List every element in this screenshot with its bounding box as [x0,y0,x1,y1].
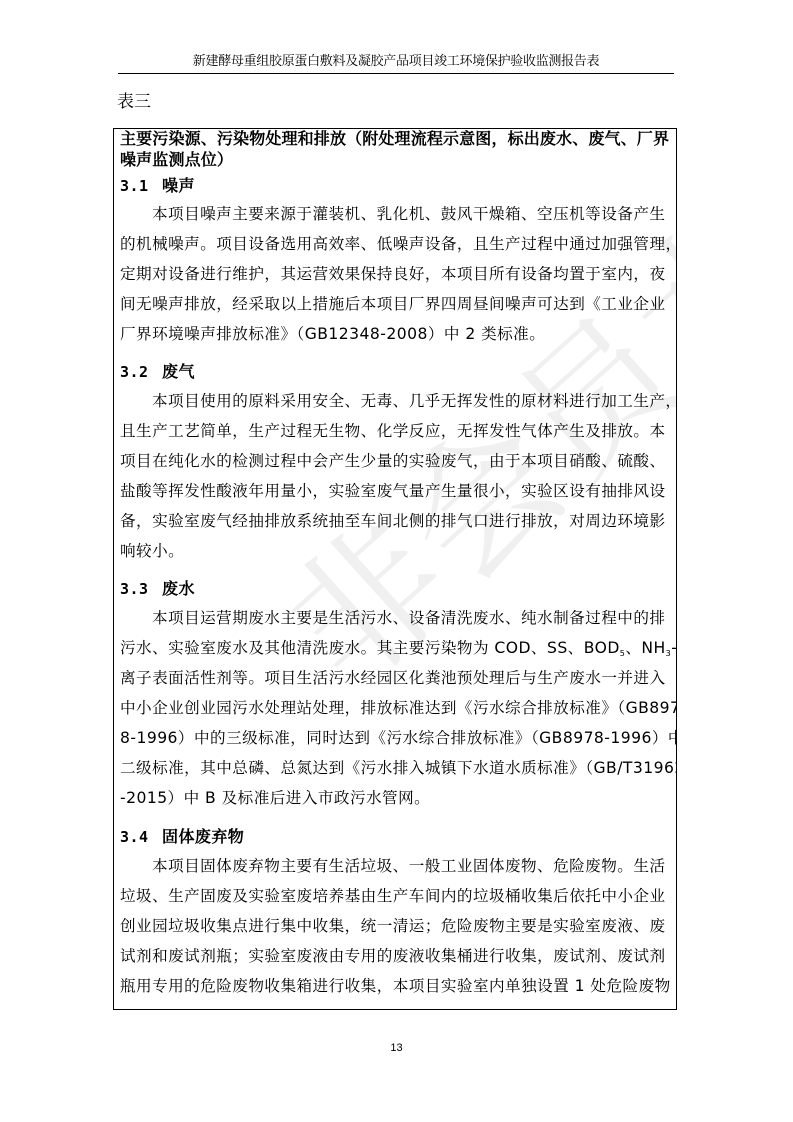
section-number: 3.4 [120,827,162,847]
pollutants-text: 污水、实验室废水及其他清洗废水。其主要污染物为 COD、SS、BOD [120,639,620,657]
paragraph-line: 二级标准，其中总磷、总氮达到《污水排入城镇下水道水质标准》（GB/T31962 [120,758,672,778]
section-heading-noise: 3.1噪声 [120,176,672,196]
paragraph-line: 定期对设备进行维护，其运营效果保持良好，本项目所有设备均置于室内，夜 [120,264,672,284]
paragraph-line: -2015）中 B 及标准后进入市政污水管网。 [120,788,672,808]
content-table: 非会员水印 主要污染源、污染物处理和排放（附处理流程示意图，标出废水、废气、厂界… [113,128,677,1010]
paragraph-line: 响较小。 [120,541,672,561]
paragraph-line: 间无噪声排放，经采取以上措施后本项目厂界四周昼间噪声可达到《工业企业 [120,294,672,314]
paragraph-line: 离子表面活性剂等。项目生活污水经园区化粪池预处理后与生产废水一并进入 [120,668,672,688]
section-number: 3.2 [120,362,162,382]
paragraph-line: 且生产工艺简单，生产过程无生物、化学反应，无挥发性气体产生及排放。本 [120,421,672,441]
section-title: 固体废弃物 [162,827,244,846]
paragraph-line: 本项目固体废弃物主要有生活垃圾、一般工业固体废物、危险废物。生活 [120,856,677,876]
paragraph-line: 试剂和废试剂瓶；实验室废液由专用的废液收集桶进行收集，废试剂、废试剂 [120,946,672,966]
paragraph-line-pollutants: 污水、实验室废水及其他清洗废水。其主要污染物为 COD、SS、BOD5、NH3-… [120,638,672,658]
section-title: 废气 [162,362,195,381]
section-heading-exhaust-gas: 3.2废气 [120,362,672,382]
pollutants-text-tail: -N、阴 [671,639,677,657]
section-title: 废水 [162,579,195,598]
section-heading-wastewater: 3.3废水 [120,579,672,599]
paragraph-line: 备，实验室废气经抽排放系统抽至车间北侧的排气口进行排放，对周边环境影 [120,511,672,531]
intro-heading-line: 噪声监测点位） [120,150,672,170]
paragraph-line: 创业园垃圾收集点进行集中收集，统一清运；危险废物主要是实验室废液、废 [120,916,672,936]
paragraph-line: 垃圾、生产固废及实验室废培养基由生产车间内的垃圾桶收集后依托中小企业 [120,886,672,906]
section-number: 3.1 [120,176,162,196]
running-header: 新建酵母重组胶原蛋白敷料及凝胶产品项目竣工环境保护验收监测报告表 [118,53,674,71]
page-number: 13 [0,1040,793,1056]
section-heading-solid-waste: 3.4固体废弃物 [120,827,672,847]
paragraph-line: 本项目使用的原料采用安全、无毒、几乎无挥发性的原材料进行加工生产， [120,391,677,411]
paragraph-line: 本项目噪声主要来源于灌装机、乳化机、鼓风干燥箱、空压机等设备产生 [120,204,677,224]
section-title: 噪声 [162,176,195,195]
header-rule [118,73,674,74]
paragraph-line: 厂界环境噪声排放标准》（GB12348-2008）中 2 类标准。 [120,324,672,344]
intro-heading-line: 主要污染源、污染物处理和排放（附处理流程示意图，标出废水、废气、厂界 [120,129,672,149]
paragraph-line: 8-1996）中的三级标准，同时达到《污水综合排放标准》（GB8978-1996… [120,728,672,748]
paragraph-line: 瓶用专用的危险废物收集箱进行收集，本项目实验室内单独设置 1 处危险废物 [120,976,672,996]
pollutants-text-mid: 、NH [625,639,665,657]
paragraph-line: 中小企业创业园污水处理站处理，排放标准达到《污水综合排放标准》（GB897 [120,698,672,718]
table-label: 表三 [117,90,151,114]
paragraph-line: 盐酸等挥发性酸液年用量小，实验室废气量产生量很小，实验区设有抽排风设 [120,481,672,501]
paragraph-line: 的机械噪声。项目设备选用高效率、低噪声设备，且生产过程中通过加强管理， [120,234,672,254]
paragraph-line: 项目在纯化水的检测过程中会产生少量的实验废气，由于本项目硝酸、硫酸、 [120,451,672,471]
paragraph-line: 本项目运营期废水主要是生活污水、设备清洗废水、纯水制备过程中的排 [120,608,677,628]
section-number: 3.3 [120,579,162,599]
